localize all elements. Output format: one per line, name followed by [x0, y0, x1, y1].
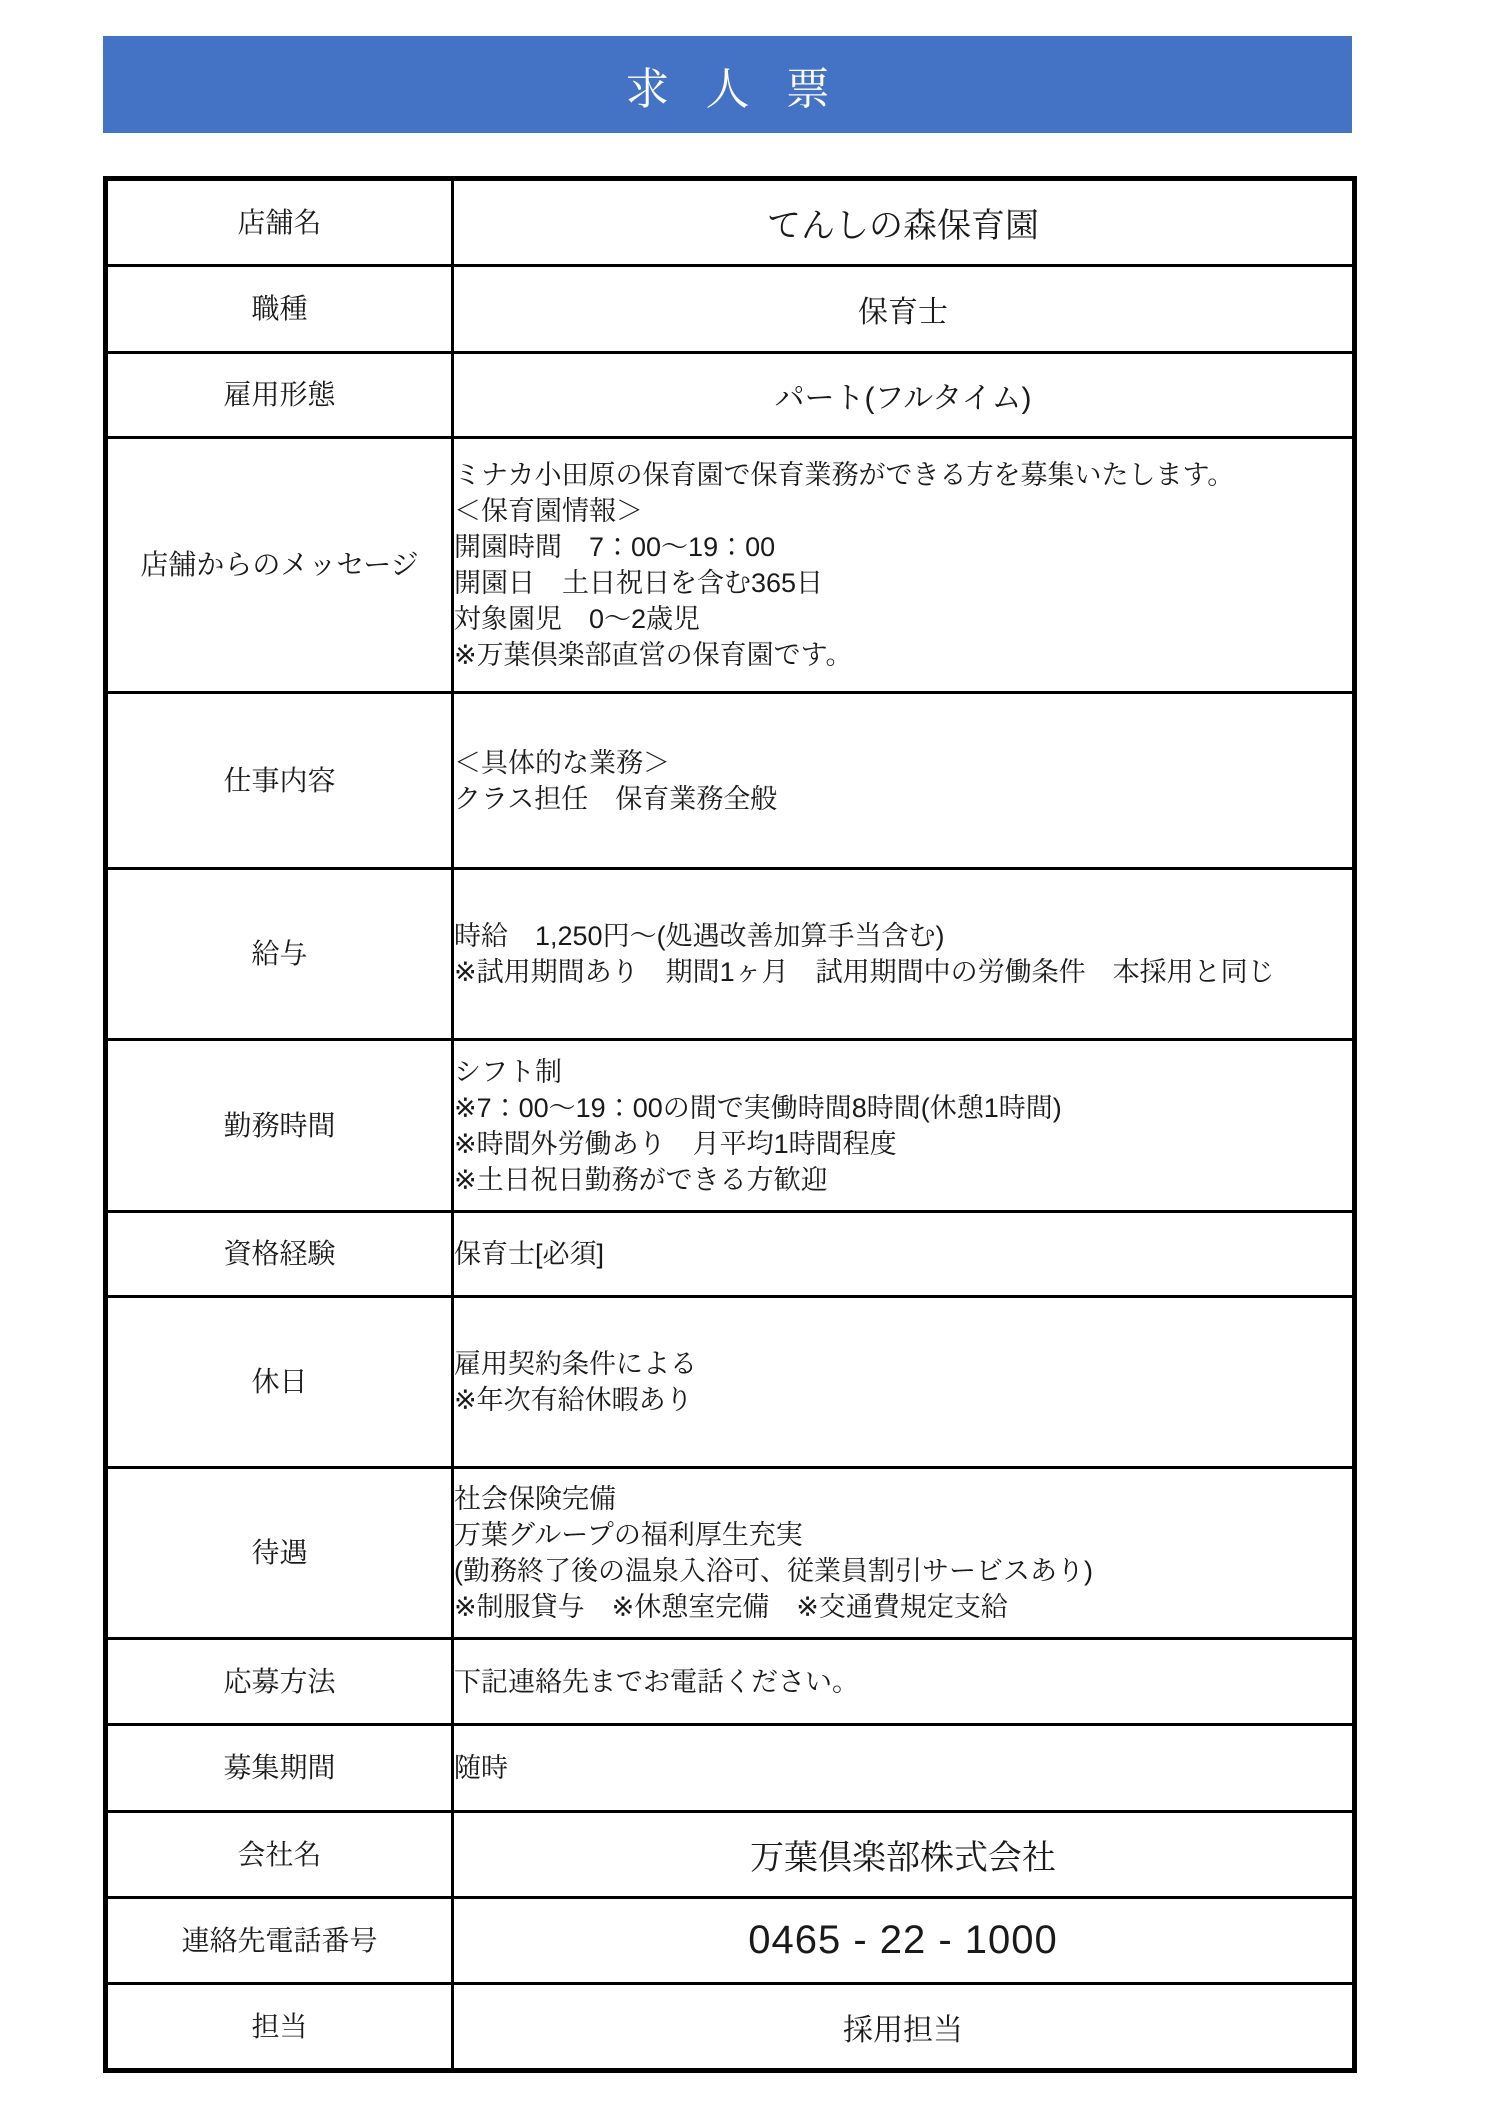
- benefit-line: ※制服貸与 ※休憩室完備 ※交通費規定支給: [454, 1589, 1352, 1625]
- table-row-employment-type: 雇用形態 パート(フルタイム): [106, 353, 1355, 438]
- row-label: 休日: [106, 1297, 453, 1468]
- table-row-contact-person: 担当 採用担当: [106, 1984, 1355, 2071]
- holiday-line: 雇用契約条件による: [454, 1346, 1352, 1382]
- row-value: シフト制 ※7：00～19：00の間で実働時間8時間(休憩1時間) ※時間外労働…: [453, 1040, 1355, 1212]
- row-value: 社会保険完備 万葉グループの福利厚生充実 (勤務終了後の温泉入浴可、従業員割引サ…: [453, 1468, 1355, 1639]
- table-row-job-description: 仕事内容 ＜具体的な業務＞ クラス担任 保育業務全般: [106, 693, 1355, 869]
- row-value: 保育士: [453, 266, 1355, 353]
- row-label: 待遇: [106, 1468, 453, 1639]
- job-posting-page: 求 人 票 店舗名 てんしの森保育園 職種 保育士 雇用形態 パート(フルタイム…: [0, 0, 1489, 2105]
- row-label: 連絡先電話番号: [106, 1898, 453, 1984]
- table-row-salary: 給与 時給 1,250円～(処遇改善加算手当含む) ※試用期間あり 期間1ヶ月 …: [106, 869, 1355, 1040]
- benefit-line: (勤務終了後の温泉入浴可、従業員割引サービスあり): [454, 1553, 1352, 1589]
- row-value: 時給 1,250円～(処遇改善加算手当含む) ※試用期間あり 期間1ヶ月 試用期…: [453, 869, 1355, 1040]
- description-line: ＜具体的な業務＞: [454, 745, 1352, 781]
- table-row-store-name: 店舗名 てんしの森保育園: [106, 179, 1355, 266]
- holiday-line: ※年次有給休暇あり: [454, 1382, 1352, 1418]
- table-row-store-message: 店舗からのメッセージ ミナカ小田原の保育園で保育業務ができる方を募集いたします。…: [106, 438, 1355, 693]
- table-row-benefits: 待遇 社会保険完備 万葉グループの福利厚生充実 (勤務終了後の温泉入浴可、従業員…: [106, 1468, 1355, 1639]
- row-label: 資格経験: [106, 1212, 453, 1297]
- row-label: 勤務時間: [106, 1040, 453, 1212]
- hours-line: シフト制: [454, 1054, 1352, 1090]
- row-value: 雇用契約条件による ※年次有給休暇あり: [453, 1297, 1355, 1468]
- message-line: ミナカ小田原の保育園で保育業務ができる方を募集いたします。: [454, 457, 1352, 493]
- row-value: パート(フルタイム): [453, 353, 1355, 438]
- table-row-job-type: 職種 保育士: [106, 266, 1355, 353]
- message-line: 開園日 土日祝日を含む365日: [454, 565, 1352, 601]
- row-label: 雇用形態: [106, 353, 453, 438]
- benefit-line: 社会保険完備: [454, 1481, 1352, 1517]
- salary-line: ※試用期間あり 期間1ヶ月 試用期間中の労働条件 本採用と同じ: [454, 954, 1352, 990]
- table-row-recruitment-period: 募集期間 随時: [106, 1725, 1355, 1812]
- row-label: 担当: [106, 1984, 453, 2071]
- salary-line: 時給 1,250円～(処遇改善加算手当含む): [454, 918, 1352, 954]
- table-row-working-hours: 勤務時間 シフト制 ※7：00～19：00の間で実働時間8時間(休憩1時間) ※…: [106, 1040, 1355, 1212]
- row-label: 店舗からのメッセージ: [106, 438, 453, 693]
- row-label: 店舗名: [106, 179, 453, 266]
- table-row-company-name: 会社名 万葉倶楽部株式会社: [106, 1812, 1355, 1898]
- page-title: 求 人 票: [613, 53, 841, 117]
- row-value: てんしの森保育園: [453, 179, 1355, 266]
- row-value: 0465 - 22 - 1000: [453, 1898, 1355, 1984]
- row-value: 万葉倶楽部株式会社: [453, 1812, 1355, 1898]
- row-label: 仕事内容: [106, 693, 453, 869]
- description-line: クラス担任 保育業務全般: [454, 781, 1352, 817]
- row-label: 応募方法: [106, 1639, 453, 1725]
- title-banner: 求 人 票: [103, 36, 1352, 133]
- row-label: 給与: [106, 869, 453, 1040]
- row-label: 会社名: [106, 1812, 453, 1898]
- table-row-qualifications: 資格経験 保育士[必須]: [106, 1212, 1355, 1297]
- row-value: 随時: [453, 1725, 1355, 1812]
- row-value: 下記連絡先までお電話ください。: [453, 1639, 1355, 1725]
- row-value: 採用担当: [453, 1984, 1355, 2071]
- hours-line: ※7：00～19：00の間で実働時間8時間(休憩1時間): [454, 1090, 1352, 1126]
- row-value: ＜具体的な業務＞ クラス担任 保育業務全般: [453, 693, 1355, 869]
- row-label: 職種: [106, 266, 453, 353]
- benefit-line: 万葉グループの福利厚生充実: [454, 1517, 1352, 1553]
- hours-line: ※時間外労働あり 月平均1時間程度: [454, 1126, 1352, 1162]
- row-value: ミナカ小田原の保育園で保育業務ができる方を募集いたします。 ＜保育園情報＞ 開園…: [453, 438, 1355, 693]
- table-row-application-method: 応募方法 下記連絡先までお電話ください。: [106, 1639, 1355, 1725]
- row-label: 募集期間: [106, 1725, 453, 1812]
- table-row-holidays: 休日 雇用契約条件による ※年次有給休暇あり: [106, 1297, 1355, 1468]
- message-line: ※万葉倶楽部直営の保育園です。: [454, 637, 1352, 673]
- row-value: 保育士[必須]: [453, 1212, 1355, 1297]
- table-row-contact-phone: 連絡先電話番号 0465 - 22 - 1000: [106, 1898, 1355, 1984]
- message-line: 対象園児 0～2歳児: [454, 601, 1352, 637]
- message-line: 開園時間 7：00～19：00: [454, 529, 1352, 565]
- job-posting-table: 店舗名 てんしの森保育園 職種 保育士 雇用形態 パート(フルタイム) 店舗から…: [103, 176, 1357, 2073]
- message-line: ＜保育園情報＞: [454, 493, 1352, 529]
- hours-line: ※土日祝日勤務ができる方歓迎: [454, 1162, 1352, 1198]
